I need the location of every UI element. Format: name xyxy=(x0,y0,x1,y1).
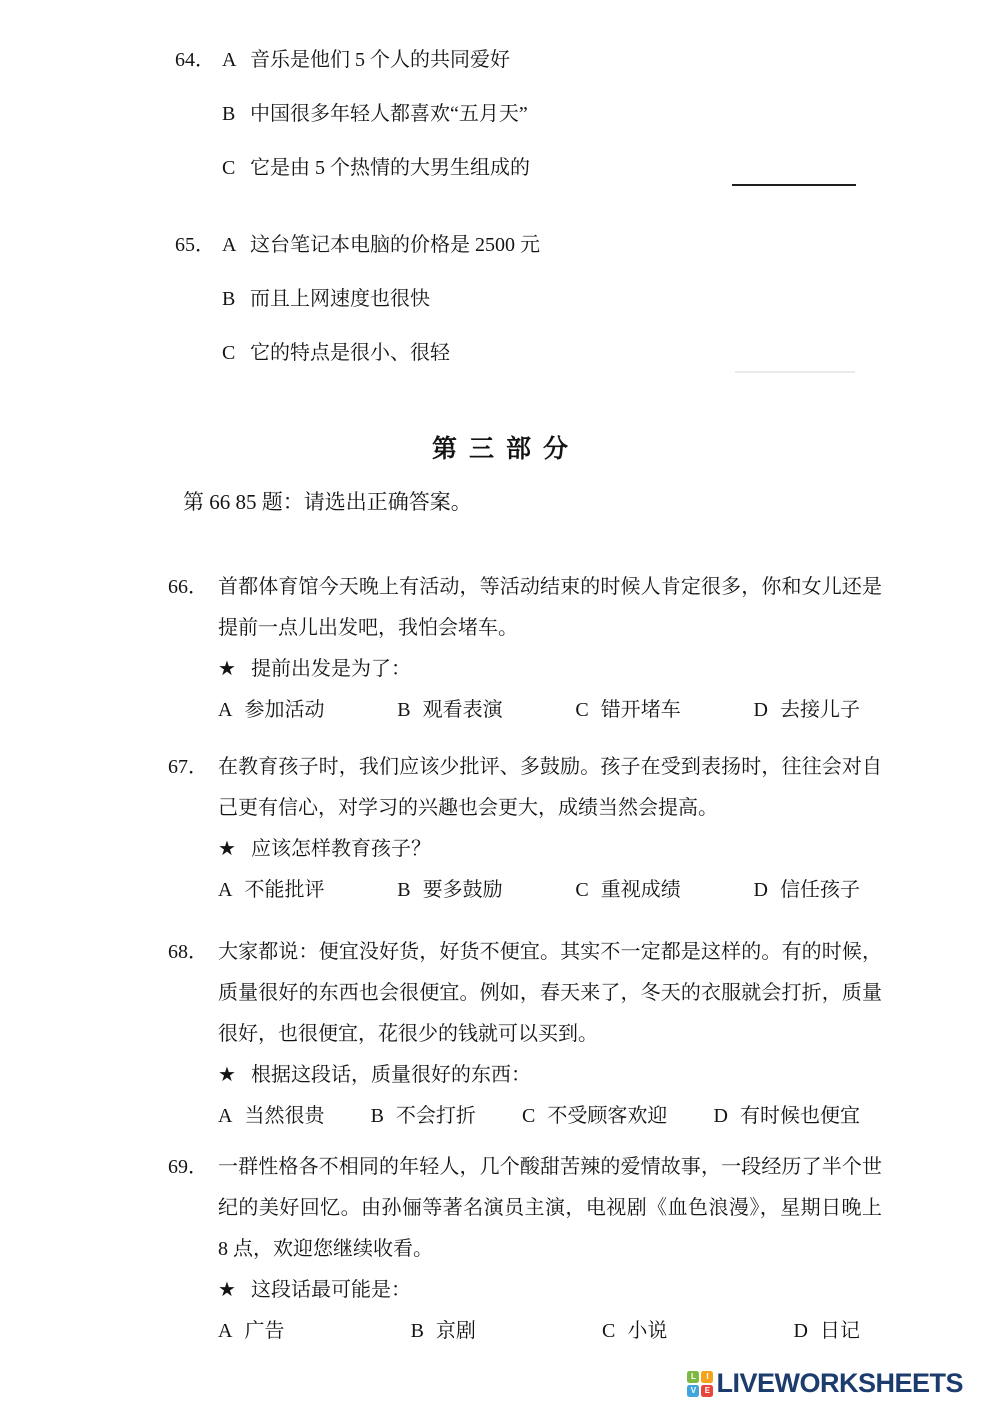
option-text: 小说 xyxy=(627,1311,667,1352)
section-heading: 第三部分 xyxy=(0,436,1000,464)
question-68: 68． 大家都说：便宜没好货，好货不便宜。其实不一定都是这样的。有的时候，质量很… xyxy=(168,932,898,1137)
option-text: 信任孩子 xyxy=(780,870,860,911)
question-67-option-c[interactable]: C重视成绩 xyxy=(575,870,680,911)
question-67: 67． 在教育孩子时，我们应该少批评、多鼓励。孩子在受到表扬时，往往会对自己更有… xyxy=(168,747,898,911)
option-text: 京剧 xyxy=(436,1311,476,1352)
question-64: 64． A 音乐是他们 5 个人的共同爱好 B 中国很多年轻人都喜欢“五月天” … xyxy=(175,49,530,211)
option-text: 中国很多年轻人都喜欢“五月天” xyxy=(250,103,528,125)
question-69: 69． 一群性格各不相同的年轻人，几个酸甜苦辣的爱情故事，一段经历了半个世纪的美… xyxy=(168,1147,898,1352)
option-letter: A xyxy=(222,234,250,256)
star-icon: ★ xyxy=(218,829,240,870)
question-number: 65． xyxy=(175,234,222,256)
question-number: 66． xyxy=(168,567,218,608)
star-icon: ★ xyxy=(218,649,240,690)
question-number: 67． xyxy=(168,747,218,788)
option-text: 而且上网速度也很快 xyxy=(250,288,430,310)
option-text: 不能批评 xyxy=(244,870,324,911)
worksheet-page: 64． A 音乐是他们 5 个人的共同爱好 B 中国很多年轻人都喜欢“五月天” … xyxy=(0,0,1000,1414)
option-text: 它是由 5 个热情的大男生组成的 xyxy=(250,157,530,179)
question-65-option-a[interactable]: 65． A 这台笔记本电脑的价格是 2500 元 xyxy=(175,234,540,256)
option-text: 它的特点是很小、很轻 xyxy=(250,342,450,364)
option-letter: B xyxy=(222,288,250,310)
question-69-option-d[interactable]: D日记 xyxy=(794,1311,860,1352)
liveworksheets-logo-text: LIVEWORKSHEETS xyxy=(716,1368,963,1399)
question-prompt: 这段话最可能是： xyxy=(251,1270,411,1311)
option-letter: A xyxy=(218,870,232,911)
option-letter: D xyxy=(794,1311,808,1352)
question-65: 65． A 这台笔记本电脑的价格是 2500 元 B 而且上网速度也很快 C 它… xyxy=(175,234,540,396)
option-letter: C xyxy=(222,157,250,179)
logo-tile-v: V xyxy=(687,1385,699,1397)
option-letter: B xyxy=(397,690,410,731)
option-letter: B xyxy=(411,1311,424,1352)
option-letter: B xyxy=(222,103,250,125)
question-64-option-a[interactable]: 64． A 音乐是他们 5 个人的共同爱好 xyxy=(175,49,530,71)
option-letter: B xyxy=(371,1096,384,1137)
question-68-option-b[interactable]: B不会打折 xyxy=(371,1096,476,1137)
option-letter: C xyxy=(575,870,588,911)
question-prompt: 提前出发是为了： xyxy=(251,649,411,690)
question-65-option-b[interactable]: B 而且上网速度也很快 xyxy=(175,288,540,310)
question-64-option-b[interactable]: B 中国很多年轻人都喜欢“五月天” xyxy=(175,103,530,125)
question-69-option-b[interactable]: B京剧 xyxy=(411,1311,476,1352)
option-letter: A xyxy=(218,690,232,731)
question-passage: 在教育孩子时，我们应该少批评、多鼓励。孩子在受到表扬时，往往会对自己更有信心，对… xyxy=(218,747,882,829)
option-text: 音乐是他们 5 个人的共同爱好 xyxy=(250,49,510,71)
option-text: 广告 xyxy=(244,1311,284,1352)
option-text: 这台笔记本电脑的价格是 2500 元 xyxy=(250,234,540,256)
question-67-option-a[interactable]: A不能批评 xyxy=(218,870,324,911)
question-number: 64． xyxy=(175,49,222,71)
question-number: 68． xyxy=(168,932,218,973)
question-number: 69． xyxy=(168,1147,218,1188)
option-letter: A xyxy=(218,1096,232,1137)
question-64-option-c[interactable]: C 它是由 5 个热情的大男生组成的 xyxy=(175,157,530,179)
question-68-option-c[interactable]: C不受顾客欢迎 xyxy=(522,1096,667,1137)
question-65-option-c[interactable]: C 它的特点是很小、很轻 xyxy=(175,342,540,364)
question-66: 66． 首都体育馆今天晚上有活动，等活动结束的时候人肯定很多，你和女儿还是提前一… xyxy=(168,567,898,731)
question-67-option-b[interactable]: B要多鼓励 xyxy=(397,870,502,911)
question-66-option-b[interactable]: B观看表演 xyxy=(397,690,502,731)
star-icon: ★ xyxy=(218,1270,240,1311)
question-66-option-d[interactable]: D去接儿子 xyxy=(754,690,860,731)
section-instruction: 第 66 85 题：请选出正确答案。 xyxy=(183,489,472,515)
question-69-option-a[interactable]: A广告 xyxy=(218,1311,284,1352)
option-letter: C xyxy=(522,1096,535,1137)
option-text: 参加活动 xyxy=(244,690,324,731)
option-letter: A xyxy=(222,49,250,71)
option-text: 不受顾客欢迎 xyxy=(547,1096,667,1137)
logo-tile-e: E xyxy=(701,1385,713,1397)
option-letter: D xyxy=(714,1096,728,1137)
option-letter: D xyxy=(754,690,768,731)
option-text: 要多鼓励 xyxy=(423,870,503,911)
question-prompt: 应该怎样教育孩子？ xyxy=(251,829,431,870)
answer-blank-64[interactable] xyxy=(732,184,856,186)
star-icon: ★ xyxy=(218,1055,240,1096)
option-text: 有时候也便宜 xyxy=(740,1096,860,1137)
answer-blank-65[interactable] xyxy=(735,371,855,373)
option-text: 去接儿子 xyxy=(780,690,860,731)
option-text: 观看表演 xyxy=(423,690,503,731)
question-68-option-d[interactable]: D有时候也便宜 xyxy=(714,1096,860,1137)
option-letter: B xyxy=(397,870,410,911)
question-69-option-c[interactable]: C小说 xyxy=(602,1311,667,1352)
question-66-option-a[interactable]: A参加活动 xyxy=(218,690,324,731)
liveworksheets-logo[interactable]: L I V E LIVEWORKSHEETS xyxy=(687,1368,963,1399)
question-66-option-c[interactable]: C错开堵车 xyxy=(575,690,680,731)
option-letter: D xyxy=(754,870,768,911)
option-letter: C xyxy=(575,690,588,731)
question-passage: 首都体育馆今天晚上有活动，等活动结束的时候人肯定很多，你和女儿还是提前一点儿出发… xyxy=(218,567,882,649)
logo-tile-l: L xyxy=(687,1371,699,1383)
question-prompt: 根据这段话，质量很好的东西： xyxy=(251,1055,531,1096)
option-text: 重视成绩 xyxy=(601,870,681,911)
option-text: 错开堵车 xyxy=(601,690,681,731)
question-passage: 大家都说：便宜没好货，好货不便宜。其实不一定都是这样的。有的时候，质量很好的东西… xyxy=(218,932,882,1055)
question-passage: 一群性格各不相同的年轻人，几个酸甜苦辣的爱情故事，一段经历了半个世纪的美好回忆。… xyxy=(218,1147,882,1270)
question-67-option-d[interactable]: D信任孩子 xyxy=(754,870,860,911)
option-text: 当然很贵 xyxy=(244,1096,324,1137)
option-letter: C xyxy=(602,1311,615,1352)
liveworksheets-logo-icon: L I V E xyxy=(687,1371,713,1397)
option-letter: C xyxy=(222,342,250,364)
option-text: 日记 xyxy=(820,1311,860,1352)
option-letter: A xyxy=(218,1311,232,1352)
question-68-option-a[interactable]: A当然很贵 xyxy=(218,1096,324,1137)
option-text: 不会打折 xyxy=(396,1096,476,1137)
logo-tile-i: I xyxy=(701,1371,713,1383)
